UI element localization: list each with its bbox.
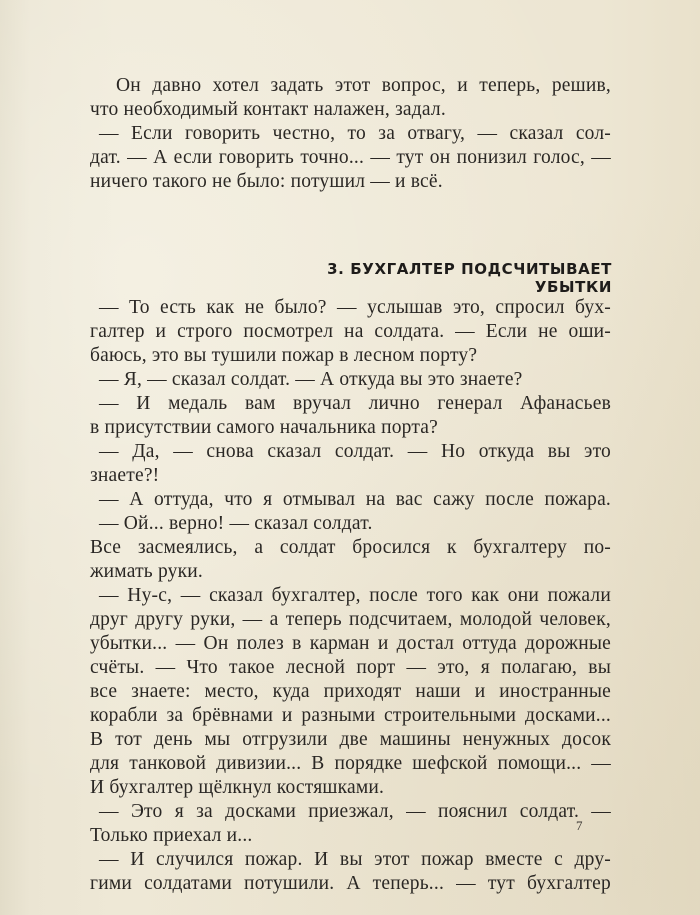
book-page: Он давно хотел задать этот вопрос, и теп… [0,0,700,915]
text-line-content: — И медаль вам вручал лично генерал Афан… [99,393,611,414]
text-line: — И случился пожар. И вы этот пожар вмес… [90,848,611,872]
text-line: ничего такого не было: потушил — и всё. [90,170,611,194]
text-line-content: — Если говорить честно, то за отвагу, — … [99,123,611,144]
text-line: — И медаль вам вручал лично генерал Афан… [90,392,611,416]
text-line: убытки... — Он полез в карман и достал о… [90,632,611,656]
text-line-content: — То есть как не было? — услышав это, сп… [99,297,611,318]
text-line-content: Он давно хотел задать этот вопрос, и теп… [116,75,611,96]
text-line: — Ну-с, — сказал бухгалтер, после того к… [90,584,611,608]
text-line-content: — Это я за досками приезжал, — пояснил с… [99,801,611,822]
text-line: — Это я за досками приезжал, — пояснил с… [90,800,611,824]
text-line-content: — И случился пожар. И вы этот пожар вмес… [99,849,611,870]
text-line: счёты. — Что такое лесной порт — это, я … [90,656,611,680]
text-line: галтер и строго посмотрел на солдата. — … [90,320,611,344]
text-line: — А оттуда, что я отмывал на вас сажу по… [90,488,611,512]
text-line: — Я, — сказал солдат. — А откуда вы это … [90,368,611,392]
text-line: Только приехал и... [90,824,611,848]
text-line: В тот день мы отгрузили две машины ненуж… [90,728,611,752]
text-line-content: — Ну-с, — сказал бухгалтер, после того к… [99,585,611,606]
text-line: друг другу руки, — а теперь подсчитаем, … [90,608,611,632]
text-line-content: — Да, — снова сказал солдат. — Но откуда… [99,441,611,462]
page-number: 7 [576,818,583,834]
text-line: Все засмеялись, а солдат бросился к бухг… [90,536,611,560]
text-line: И бухгалтер щёлкнул костяшками. [90,776,611,800]
text-line-content: — А оттуда, что я отмывал на вас сажу по… [99,489,611,510]
text-line: для танковой дивизии... В порядке шефско… [90,752,611,776]
text-line: гими солдатами потушили. А теперь... — т… [90,872,611,896]
text-line: что необходимый контакт налажен, задал. [90,98,611,122]
text-line: баюсь, это вы тушили пожар в лесном порт… [90,344,611,368]
chapter-heading: 3. БУХГАЛТЕР ПОДСЧИТЫВАЕТ УБЫТКИ [255,260,612,296]
text-line: дат. — А если говорить точно... — тут он… [90,146,611,170]
text-line: — Если говорить честно, то за отвагу, — … [90,122,611,146]
text-line-content: — Ой... верно! — сказал солдат. [99,513,373,534]
text-line: — Ой... верно! — сказал солдат. [90,512,611,536]
text-line: корабли за брёвнами и разными строительн… [90,704,611,728]
text-line: — Да, — снова сказал солдат. — Но откуда… [90,440,611,464]
text-line: жимать руки. [90,560,611,584]
text-line: все знаете: место, куда приходят наши и … [90,680,611,704]
text-line: — То есть как не было? — услышав это, сп… [90,296,611,320]
text-line: Он давно хотел задать этот вопрос, и теп… [90,74,611,98]
text-line: знаете?! [90,464,611,488]
text-line-content: — Я, — сказал солдат. — А откуда вы это … [99,369,523,390]
text-line: в присутствии самого начальника порта? [90,416,611,440]
